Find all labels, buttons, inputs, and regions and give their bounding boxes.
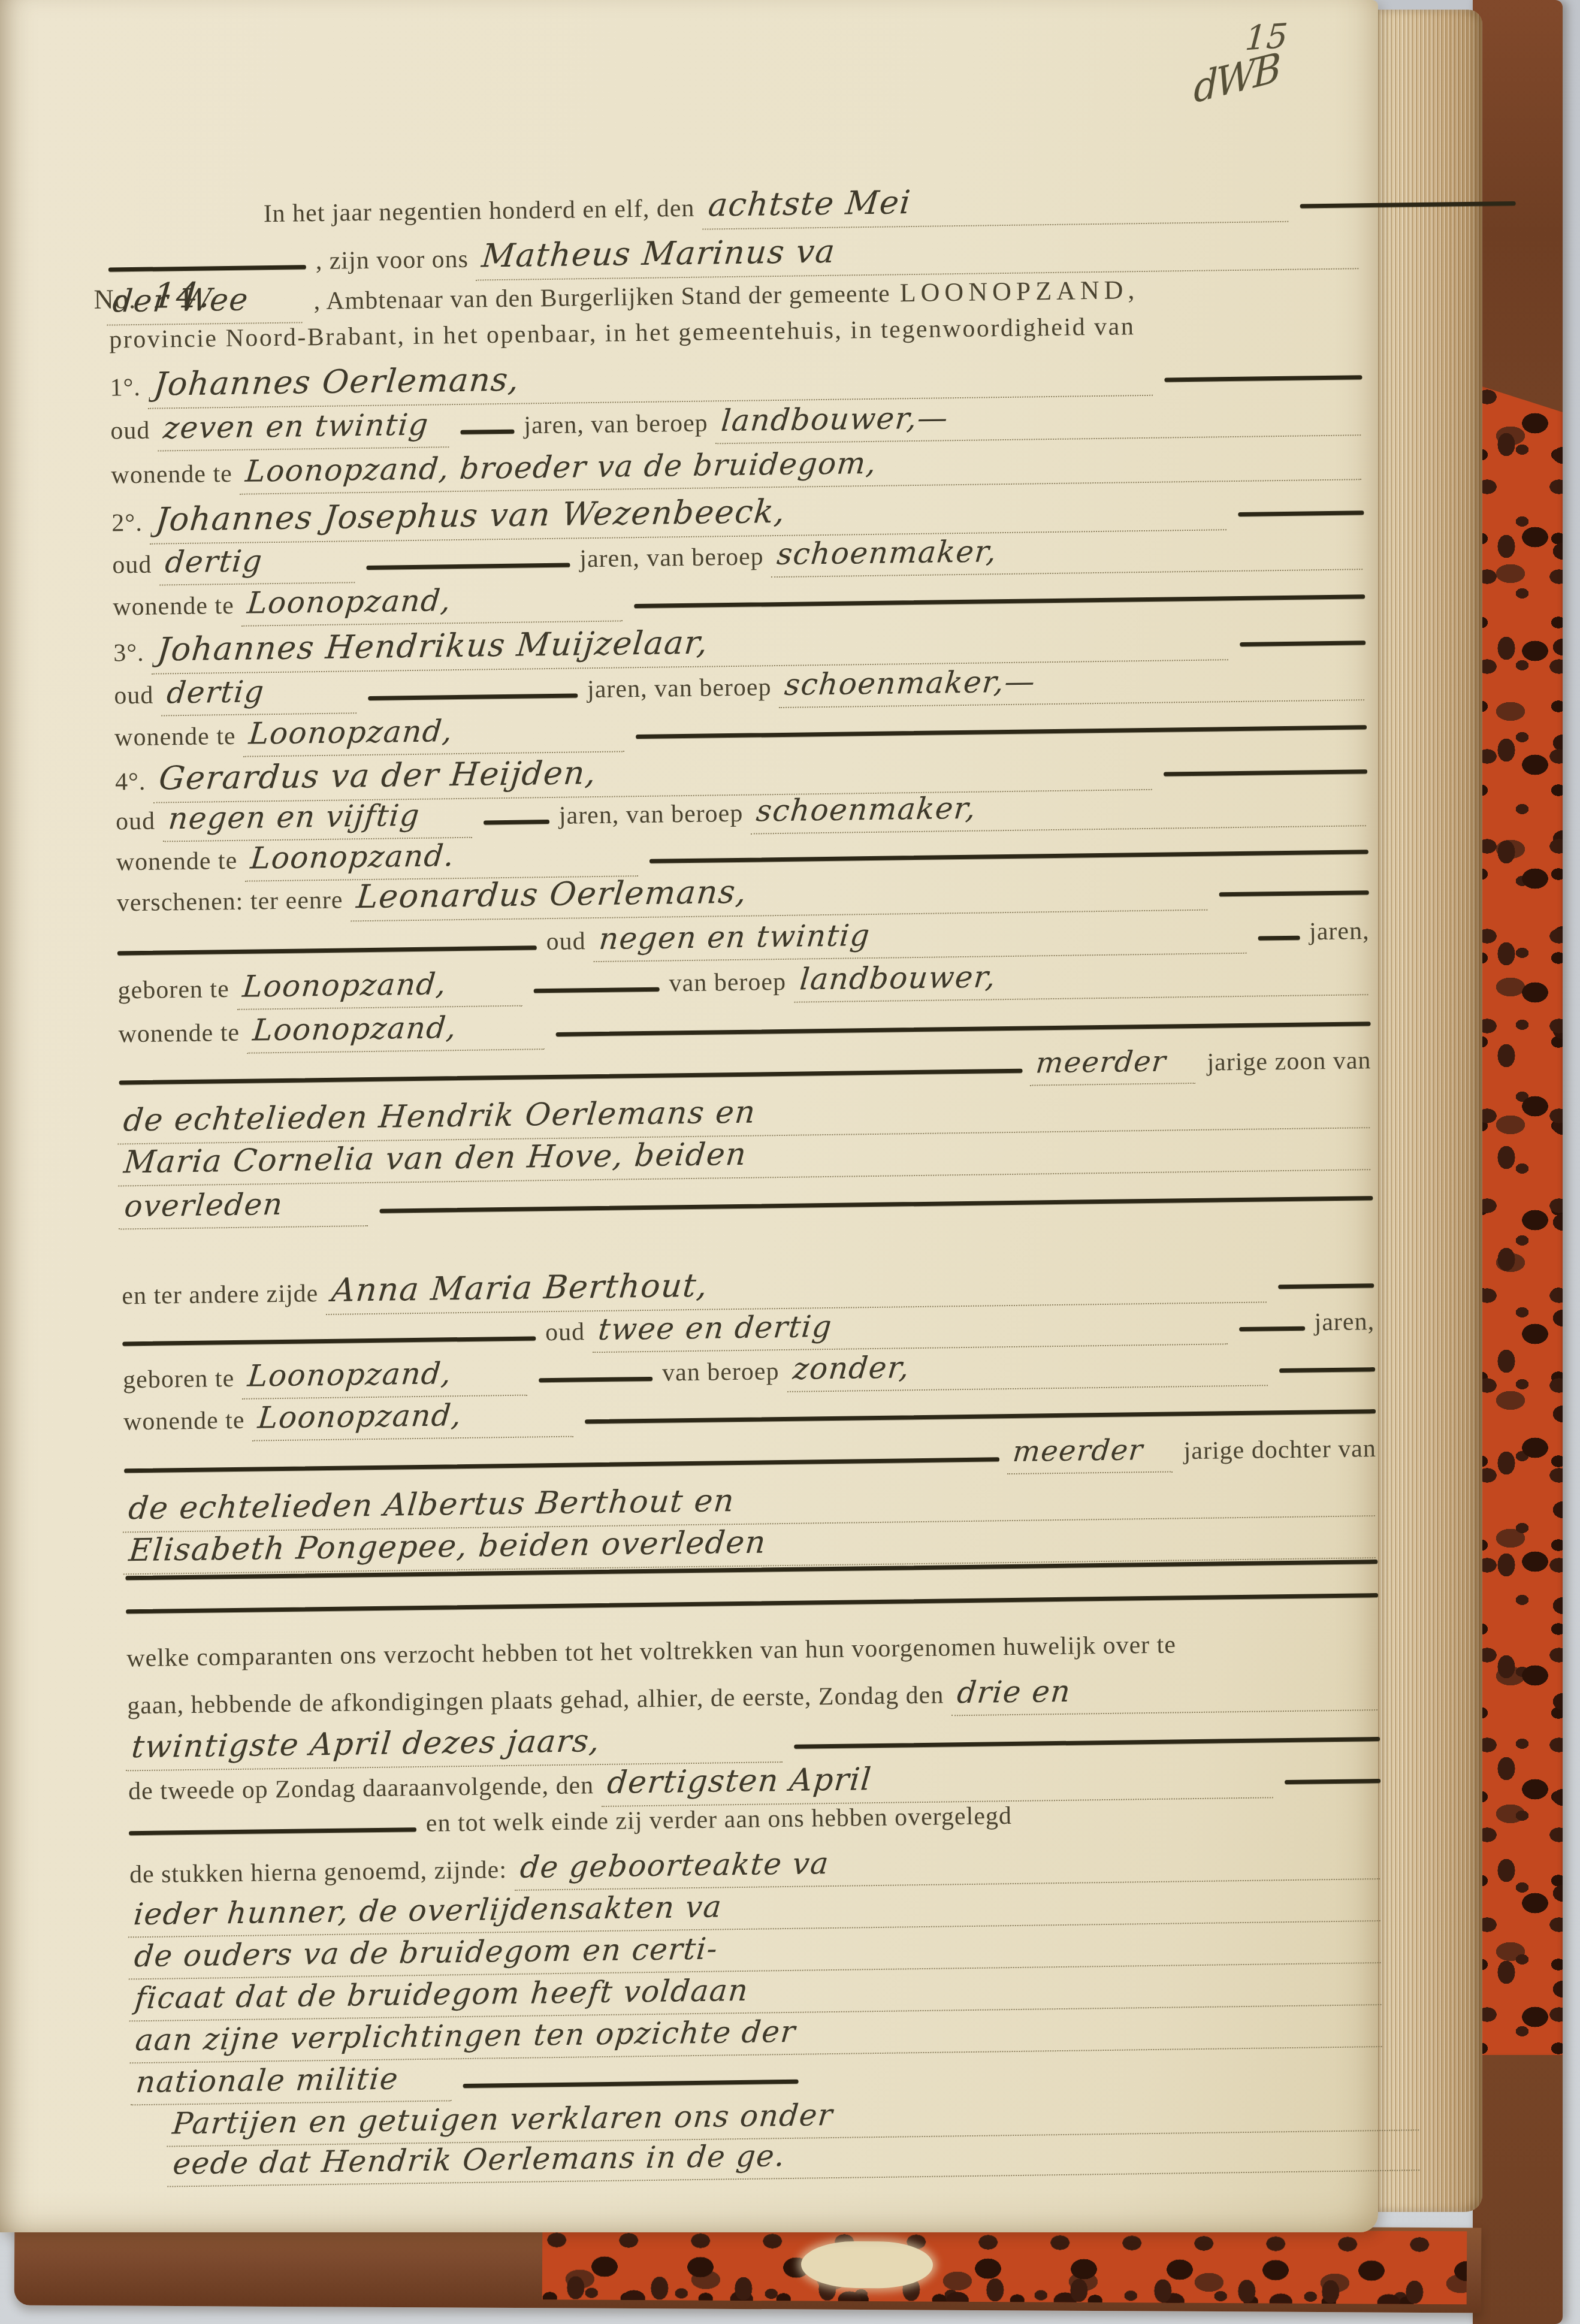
ink-rule — [460, 430, 514, 434]
handwritten-text: dertig — [161, 673, 360, 716]
handwritten-text: dertig — [159, 542, 358, 585]
ink-rule — [534, 987, 660, 993]
handwritten-text: Loonopzand, — [237, 966, 526, 1010]
handwritten-text: negen en vijftig — [163, 797, 476, 842]
ink-rule — [1258, 936, 1300, 941]
printed-text: 1°. — [110, 373, 141, 403]
marbled-paper-bottom — [542, 2226, 1467, 2304]
book-cover-bottom — [14, 2220, 1482, 2313]
printed-text: 4°. — [115, 767, 146, 797]
ink-rule — [636, 725, 1367, 739]
handwritten-text: Loonopzand, — [252, 1397, 577, 1441]
handwritten-text: Loonopzand, — [247, 1009, 548, 1054]
ink-rule — [1164, 375, 1362, 382]
ink-rule — [1239, 1326, 1305, 1331]
printed-text: jaren, van beroep — [559, 799, 744, 830]
printed-text: In het jaar negentien honderd en elf, de… — [263, 194, 694, 228]
handwritten-text: nationale militie — [130, 2060, 455, 2105]
handwritten-text: meerder — [1031, 1044, 1200, 1086]
ink-rule — [649, 850, 1368, 863]
printed-text: jarige zoon van — [1207, 1046, 1371, 1077]
ink-rule — [117, 945, 537, 955]
printed-text: wonende te — [114, 722, 236, 752]
handwritten-text: achtste Mei — [702, 179, 1292, 230]
printed-text: oud — [110, 416, 150, 446]
document-line — [126, 1593, 1378, 1613]
marbled-paper-right — [1473, 383, 1563, 2055]
ink-rule — [379, 1196, 1373, 1213]
printed-text: jaren, — [1309, 917, 1370, 946]
ink-rule — [1300, 201, 1516, 208]
register-page: 15 dWB No. 14. In het jaar negentien hon… — [0, 0, 1378, 2232]
handwritten-text: meerder — [1007, 1433, 1176, 1474]
printed-text: de stukken hierna genoemd, zijnde: — [129, 1855, 507, 1889]
printed-text: wonende te — [123, 1406, 245, 1437]
handwritten-text: Loonopzand, — [242, 581, 627, 626]
ink-rule — [484, 820, 549, 824]
document-lines: In het jaar negentien honderd en elf, de… — [0, 0, 1378, 1]
ink-rule — [119, 1069, 1023, 1085]
ink-rule — [1238, 510, 1364, 516]
printed-text: , Ambtenaar van den Burgerlijken Stand d… — [313, 280, 890, 316]
ink-rule — [794, 1737, 1380, 1749]
printed-text: wonende te — [111, 460, 232, 490]
ink-rule — [635, 594, 1365, 608]
ink-rule — [122, 1336, 536, 1346]
printed-text: geboren te — [123, 1364, 235, 1394]
printed-text: oud — [546, 927, 586, 956]
ink-rule — [539, 1377, 652, 1382]
book-cover-right — [1473, 0, 1563, 2324]
printed-text: oud — [114, 681, 154, 711]
printed-text: wonende te — [113, 591, 234, 622]
ink-rule — [1278, 1283, 1374, 1289]
printed-text: jaren, — [1314, 1307, 1374, 1337]
ink-rule — [585, 1409, 1376, 1424]
printed-text: en ter andere zijde — [122, 1279, 319, 1310]
spacer — [808, 2075, 1385, 2084]
ink-rule — [1285, 1779, 1380, 1784]
handwritten-text: Loonopzand, — [243, 711, 628, 757]
printed-text: jaren, van beroep — [579, 542, 764, 573]
worn-patch — [801, 2241, 933, 2288]
handwritten-text: zonder, — [787, 1345, 1271, 1392]
ink-rule — [126, 1593, 1378, 1613]
handwritten-text: der Wee — [107, 281, 306, 325]
page-content: No. 14. In het jaar negentien honderd en… — [0, 0, 1407, 2233]
printed-text: oud — [112, 551, 152, 580]
printed-text: jaren, van beroep — [587, 673, 772, 704]
handwritten-text: drie en — [951, 1670, 1381, 1716]
handwritten-text: zeven en twintig — [158, 407, 452, 451]
printed-text: van beroep — [662, 1357, 780, 1388]
handwritten-text: landbouwer,— — [716, 395, 1365, 444]
printed-text: LOONOPZAND, — [899, 274, 1139, 308]
ink-rule — [124, 1457, 999, 1473]
printed-text: welke comparanten ons verzocht hebben to… — [126, 1630, 1176, 1673]
ink-rule — [366, 563, 570, 570]
ink-rule — [368, 693, 578, 700]
ink-rule — [108, 265, 306, 271]
printed-text: jarige dochter van — [1183, 1434, 1376, 1465]
scene: 15 dWB No. 14. In het jaar negentien hon… — [0, 0, 1580, 2324]
handwritten-text: Loonopzand, — [242, 1355, 531, 1400]
printed-text: geboren te — [117, 975, 229, 1005]
handwritten-text: landbouwer, — [794, 954, 1372, 1003]
printed-text: van beroep — [669, 968, 786, 998]
printed-text: wonende te — [116, 847, 238, 877]
ink-rule — [1279, 1367, 1375, 1373]
printed-text: 2°. — [111, 509, 143, 538]
handwritten-text: overleden — [119, 1186, 371, 1230]
printed-text: , zijn voor ons — [315, 245, 469, 276]
ink-rule — [463, 2080, 799, 2088]
ink-rule — [129, 1827, 416, 1835]
handwritten-text: schoenmaker, — [772, 529, 1367, 578]
ink-rule — [1240, 640, 1365, 646]
printed-text: de tweede op Zondag daaraanvolgende, den — [128, 1771, 594, 1806]
printed-text: jaren, van beroep — [524, 409, 708, 440]
document-line: welke comparanten ons verzocht hebben to… — [126, 1628, 1379, 1673]
ink-rule — [556, 1022, 1371, 1036]
printed-text: oud — [116, 807, 156, 836]
handwritten-text: twee en dertig — [593, 1304, 1231, 1353]
printed-text: oud — [545, 1317, 585, 1347]
ink-rule — [1164, 769, 1367, 776]
handwritten-text: schoenmaker,— — [779, 660, 1368, 708]
handwritten-text: negen en twintig — [594, 913, 1250, 962]
printed-text: gaan, hebbende de afkondigingen plaats g… — [127, 1681, 944, 1721]
ink-rule — [1219, 890, 1369, 896]
printed-text: wonende te — [118, 1019, 240, 1049]
printed-text: 3°. — [113, 639, 144, 668]
printed-text: verschenen: ter eenre — [116, 886, 343, 918]
